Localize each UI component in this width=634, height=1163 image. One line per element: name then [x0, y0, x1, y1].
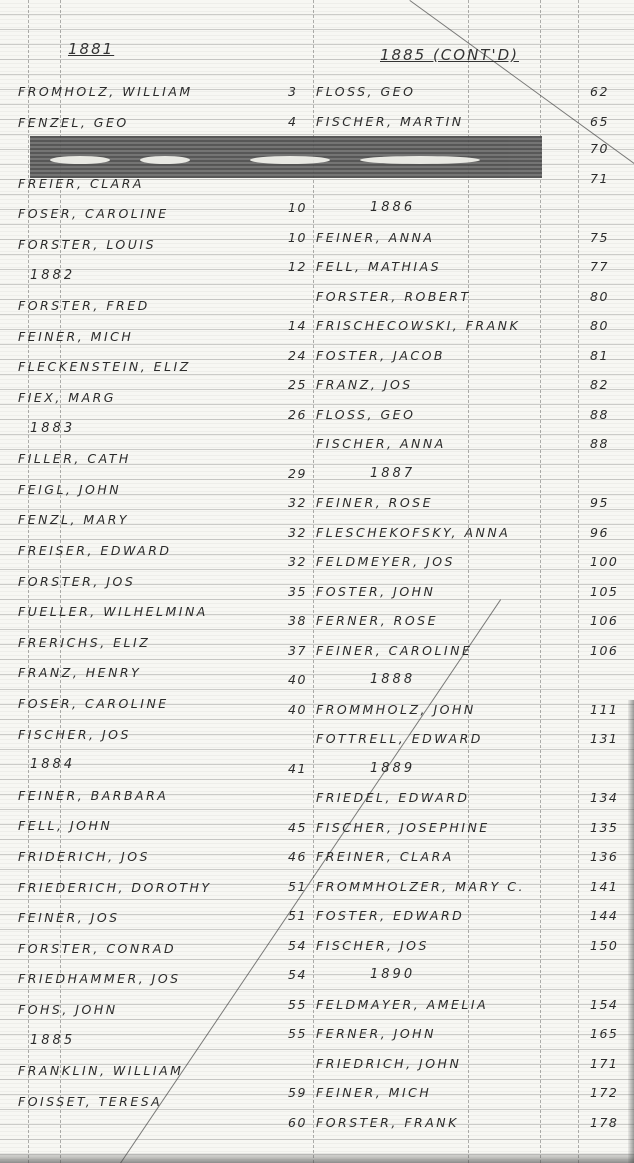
- name-entry: FRIEDHAMMER, JOS: [18, 971, 181, 986]
- name-entry: FRANZ, HENRY: [18, 665, 141, 680]
- page-number: 82: [590, 377, 609, 392]
- page-number: 134: [590, 790, 618, 805]
- day-number: 10: [288, 200, 307, 215]
- page-number: 100: [590, 554, 618, 569]
- page-number: 154: [590, 997, 618, 1012]
- name-entry: FORSTER, CONRAD: [18, 941, 176, 956]
- day-number: 40: [288, 702, 307, 717]
- name-entry: FUELLER, WILHELMINA: [18, 604, 208, 619]
- year-divider: 1882: [30, 268, 75, 283]
- day-number: 51: [288, 908, 307, 923]
- name-entry: FREISER, EDWARD: [18, 543, 172, 558]
- name-entry: FRANKLIN, WILLIAM: [18, 1063, 183, 1078]
- name-entry: FOSER, CAROLINE: [18, 206, 169, 221]
- name-entry: FORSTER, JOS: [18, 574, 135, 589]
- page-number: 71: [590, 171, 609, 186]
- page-number: 75: [590, 230, 609, 245]
- page-number: 150: [590, 938, 618, 953]
- page-number: 141: [590, 879, 618, 894]
- name-entry: FISCHER, JOS: [18, 727, 131, 742]
- name-entry: FEINER, CAROLINE: [316, 643, 472, 658]
- year-divider: 1885: [30, 1033, 75, 1048]
- day-number: 55: [288, 997, 307, 1012]
- redaction-artifact: [50, 156, 110, 164]
- day-number: 32: [288, 554, 307, 569]
- page-number: 136: [590, 849, 618, 864]
- day-number: 45: [288, 820, 307, 835]
- page-number: 65: [590, 114, 609, 129]
- name-entry: FISCHER, JOSEPHINE: [316, 820, 490, 835]
- year-divider: 1890: [370, 967, 415, 982]
- name-entry: FREINER, CLARA: [316, 849, 454, 864]
- name-entry: FENZL, MARY: [18, 512, 129, 527]
- redaction-artifact: [250, 156, 330, 164]
- page-number: 171: [590, 1056, 618, 1071]
- name-entry: FOTTRELL, EDWARD: [316, 731, 483, 746]
- year-divider: 1889: [370, 761, 415, 776]
- name-entry: FORSTER, FRANK: [316, 1115, 459, 1130]
- day-number: 32: [288, 525, 307, 540]
- year-divider: 1886: [370, 200, 415, 215]
- day-number: 26: [288, 407, 307, 422]
- name-entry: FENZEL, GEO: [18, 115, 129, 130]
- day-number: 4: [288, 114, 297, 129]
- name-entry: FELDMEYER, JOS: [316, 554, 455, 569]
- scan-edge-shadow: [0, 1153, 634, 1163]
- name-entry: FIEX, MARG: [18, 390, 116, 405]
- day-number: 10: [288, 230, 307, 245]
- name-entry: FROMMHOLZER, MARY C.: [316, 879, 525, 894]
- name-entry: FERNER, JOHN: [316, 1026, 436, 1041]
- name-entry: FLOSS, GEO: [316, 407, 415, 422]
- page-number: 106: [590, 613, 618, 628]
- day-number: 14: [288, 318, 307, 333]
- scan-edge-shadow: [628, 700, 634, 1163]
- year-divider: 1883: [30, 421, 75, 436]
- name-entry: FELL, MATHIAS: [316, 259, 441, 274]
- page-number: 77: [590, 259, 609, 274]
- day-number: 55: [288, 1026, 307, 1041]
- name-entry: FERNER, ROSE: [316, 613, 438, 628]
- page-number: 95: [590, 495, 609, 510]
- name-entry: FROMHOLZ, WILLIAM: [18, 84, 193, 99]
- day-number: 54: [288, 938, 307, 953]
- year-divider: 1888: [370, 672, 415, 687]
- name-entry: FEINER, ANNA: [316, 230, 434, 245]
- page-number: 96: [590, 525, 609, 540]
- name-entry: FRIEDRICH, JOHN: [316, 1056, 461, 1071]
- page-number: 105: [590, 584, 618, 599]
- page-number: 135: [590, 820, 618, 835]
- page-number: 144: [590, 908, 618, 923]
- name-entry: FEINER, JOS: [18, 910, 120, 925]
- page-number: 111: [590, 702, 618, 717]
- name-entry: FEINER, BARBARA: [18, 788, 168, 803]
- right-column-header: 1885 (CONT'D): [380, 46, 519, 64]
- year-divider: 1884: [30, 757, 75, 772]
- day-number: 29: [288, 466, 307, 481]
- day-number: 51: [288, 879, 307, 894]
- name-entry: FELL, JOHN: [18, 818, 112, 833]
- day-number: 12: [288, 259, 307, 274]
- page-number: 70: [590, 141, 609, 156]
- day-number: 24: [288, 348, 307, 363]
- name-entry: FLECKENSTEIN, ELIZ: [18, 359, 191, 374]
- name-entry: FOSER, CAROLINE: [18, 696, 169, 711]
- name-entry: FRERICHS, ELIZ: [18, 635, 150, 650]
- page-number: 165: [590, 1026, 618, 1041]
- day-number: 37: [288, 643, 307, 658]
- name-entry: FEIGL, JOHN: [18, 482, 121, 497]
- page-number: 80: [590, 289, 609, 304]
- day-number: 35: [288, 584, 307, 599]
- name-entry: FRISCHECOWSKI, FRANK: [316, 318, 520, 333]
- year-divider: 1887: [370, 466, 415, 481]
- day-number: 25: [288, 377, 307, 392]
- name-entry: FISCHER, ANNA: [316, 436, 446, 451]
- name-entry: FILLER, CATH: [18, 451, 131, 466]
- page-number: 172: [590, 1085, 618, 1100]
- name-entry: FOSTER, JOHN: [316, 584, 435, 599]
- day-number: 38: [288, 613, 307, 628]
- name-entry: FRANZ, JOS: [316, 377, 413, 392]
- name-entry: FEINER, MICH: [18, 329, 133, 344]
- name-entry: FRIEDERICH, DOROTHY: [18, 880, 212, 895]
- day-number: 41: [288, 761, 307, 776]
- ledger-page: 1881 1885 (CONT'D) FROMHOLZ, WILLIAMFENZ…: [0, 0, 634, 1163]
- day-number: 59: [288, 1085, 307, 1100]
- page-number: 88: [590, 436, 609, 451]
- page-number: 81: [590, 348, 609, 363]
- page-number: 178: [590, 1115, 618, 1130]
- page-number: 106: [590, 643, 618, 658]
- column-rule: [578, 0, 579, 1163]
- day-number: 40: [288, 672, 307, 687]
- name-entry: FEINER, MICH: [316, 1085, 431, 1100]
- page-number: 80: [590, 318, 609, 333]
- name-entry: FOHS, JOHN: [18, 1002, 118, 1017]
- page-number: 131: [590, 731, 618, 746]
- name-entry: FRIDERICH, JOS: [18, 849, 150, 864]
- day-number: 54: [288, 967, 307, 982]
- name-entry: FROMMHOLZ, JOHN: [316, 702, 476, 717]
- day-number: 3: [288, 84, 297, 99]
- redacted-band: [30, 136, 542, 178]
- left-column-header: 1881: [68, 40, 114, 58]
- name-entry: FELDMAYER, AMELIA: [316, 997, 488, 1012]
- name-entry: FRIEDEL, EDWARD: [316, 790, 470, 805]
- name-entry: FLOSS, GEO: [316, 84, 415, 99]
- name-entry: FOSTER, EDWARD: [316, 908, 464, 923]
- name-entry: FORSTER, ROBERT: [316, 289, 471, 304]
- day-number: 46: [288, 849, 307, 864]
- name-entry: FEINER, ROSE: [316, 495, 433, 510]
- name-entry: FLESCHEKOFSKY, ANNA: [316, 525, 510, 540]
- redaction-artifact: [360, 156, 480, 164]
- name-entry: FISCHER, JOS: [316, 938, 429, 953]
- day-number: 60: [288, 1115, 307, 1130]
- name-entry: FREIER, CLARA: [18, 176, 144, 191]
- name-entry: FORSTER, FRED: [18, 298, 150, 313]
- name-entry: FORSTER, LOUIS: [18, 237, 156, 252]
- redaction-artifact: [140, 156, 190, 164]
- name-entry: FOSTER, JACOB: [316, 348, 445, 363]
- name-entry: FOISSET, TERESA: [18, 1094, 162, 1109]
- name-entry: FISCHER, MARTIN: [316, 114, 464, 129]
- page-number: 62: [590, 84, 609, 99]
- page-number: 88: [590, 407, 609, 422]
- day-number: 32: [288, 495, 307, 510]
